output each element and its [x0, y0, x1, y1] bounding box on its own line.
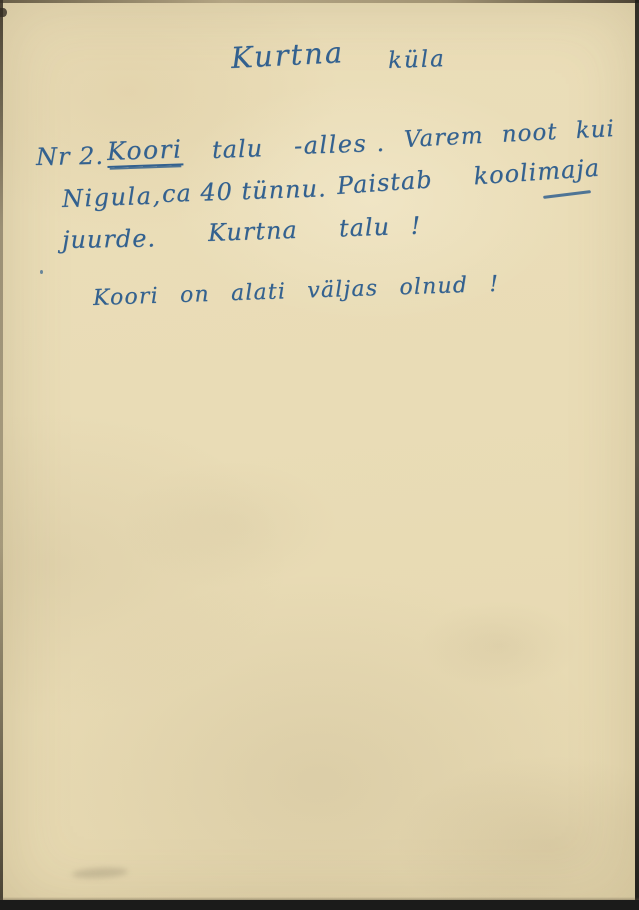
- scan-edge-right: [635, 0, 639, 910]
- scan-edge-bottom: [0, 900, 639, 910]
- entry-line2-start: Nigula,: [62, 184, 162, 211]
- paper-stain: [420, 600, 580, 690]
- entry-number: Nr 2.: [36, 144, 104, 169]
- entry-line3-end: Kurtna talu !: [208, 214, 422, 245]
- paper-stain: [120, 460, 340, 590]
- entry-line2-end: Paistab koolimaja: [336, 156, 601, 198]
- entry-line2-mid: ca 40 tünnu.: [162, 176, 327, 206]
- pen-flourish: [543, 190, 591, 198]
- farm-name-underlined: Koori: [106, 136, 183, 168]
- entry-closing-note: Koori on alati väljas olnud !: [93, 274, 500, 310]
- scan-edge-left: [0, 0, 3, 910]
- entry-line1-dash: -alles .: [294, 131, 386, 158]
- ink-dot: [40, 270, 43, 274]
- scan-edge-top: [0, 0, 639, 3]
- entry-line1-word: talu: [212, 136, 264, 162]
- page-title-word-1: Kurtna: [230, 38, 345, 73]
- scan-edge-notch: [0, 8, 7, 17]
- page-title-word-2: küla: [388, 48, 447, 73]
- scanned-note-page: Kurtna küla Nr 2. Koori talu -alles . Va…: [0, 0, 639, 910]
- entry-line3-start: juurde.: [62, 226, 156, 252]
- pencil-smudge: [72, 867, 128, 880]
- entry-line1-end: Varem noot kui: [403, 118, 615, 152]
